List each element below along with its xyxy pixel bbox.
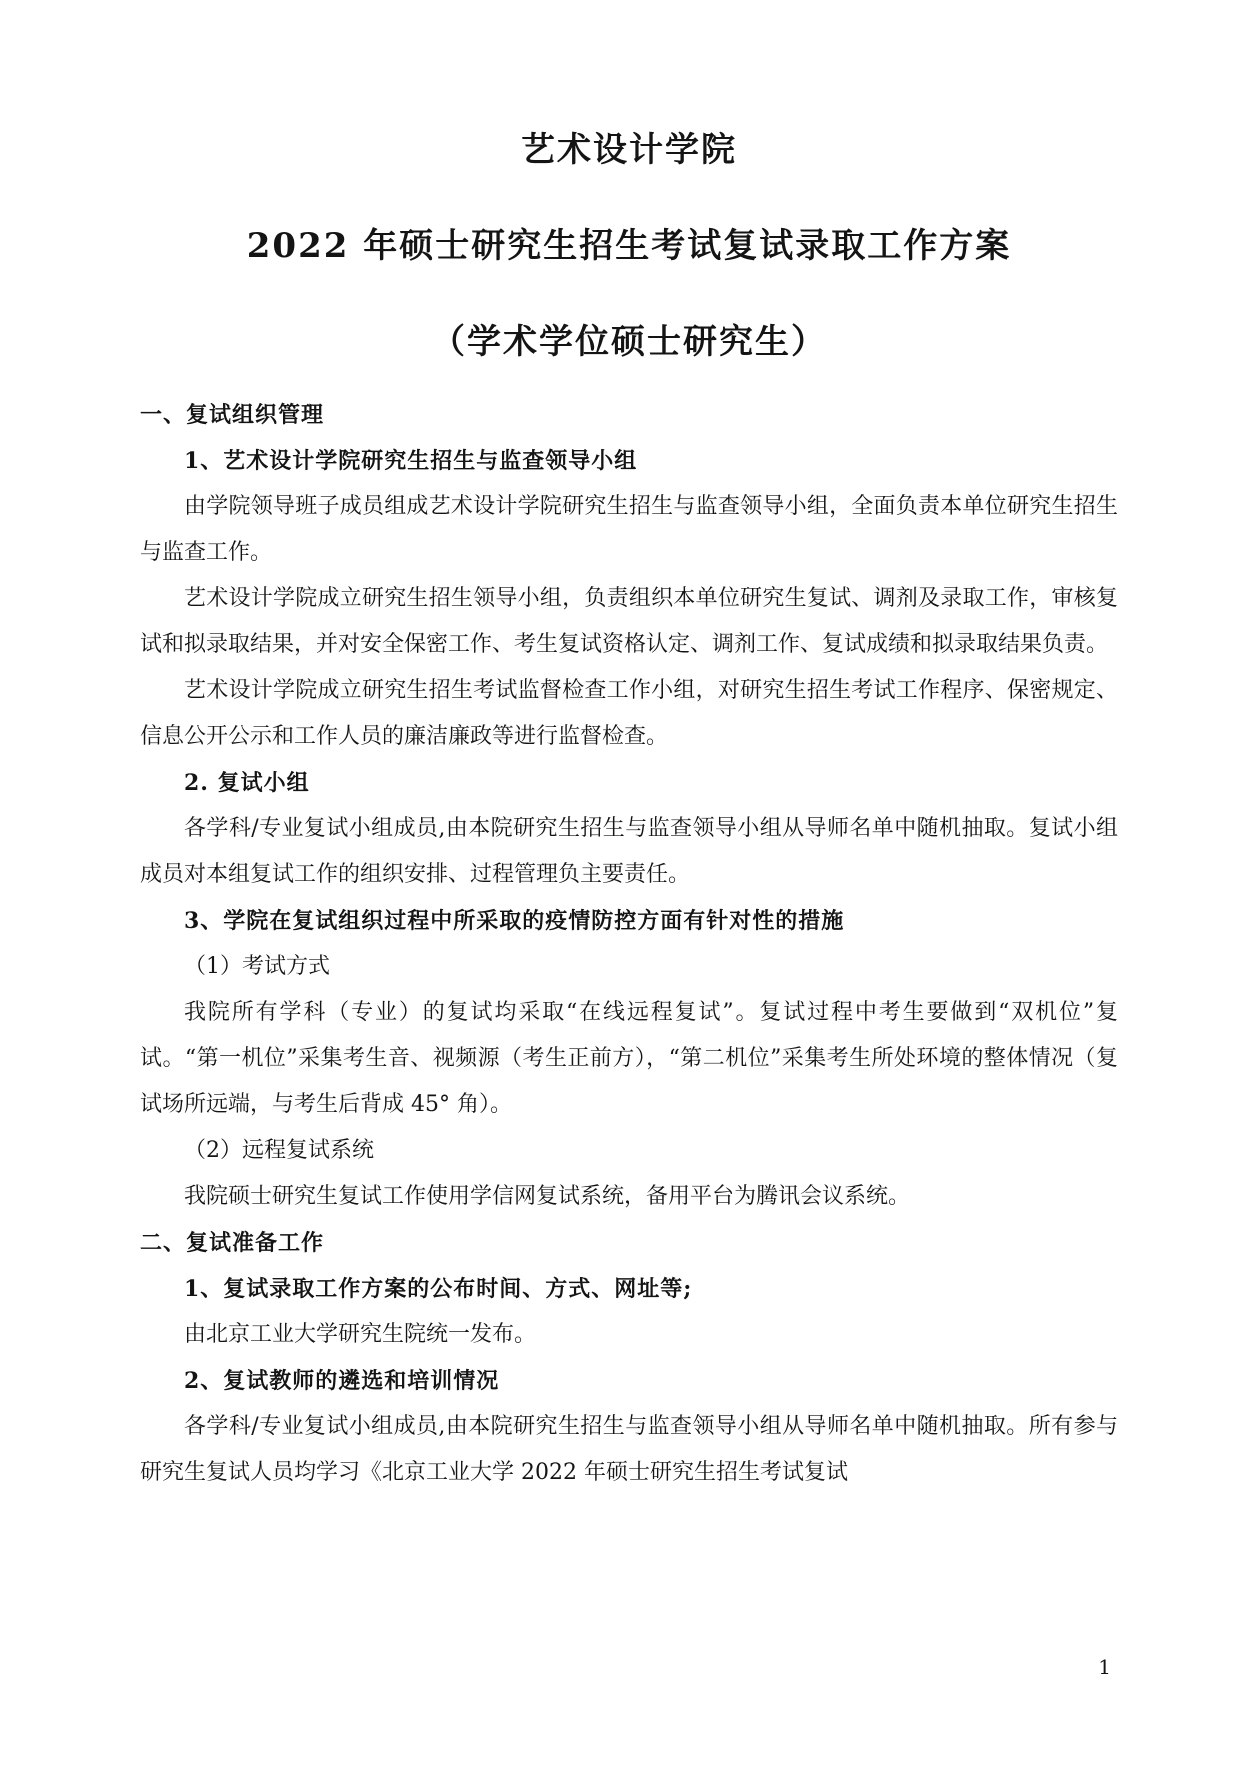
paragraph: 艺术设计学院成立研究生招生领导小组，负责组织本单位研究生复试、调剂及录取工作，审… <box>140 576 1118 668</box>
section-heading-1: 一、复试组织管理 <box>140 392 1118 438</box>
page-number: 1 <box>1098 1652 1111 1682</box>
document-title-block: 艺术设计学院 2022 年硕士研究生招生考试复试录取工作方案 （学术学位硕士研究… <box>140 102 1118 390</box>
subheading-1-3: 3、学院在复试组织过程中所采取的疫情防控方面有针对性的措施 <box>140 898 1118 944</box>
paragraph: 由学院领导班子成员组成艺术设计学院研究生招生与监查领导小组，全面负责本单位研究生… <box>140 484 1118 576</box>
section-heading-2: 二、复试准备工作 <box>140 1220 1118 1266</box>
sub-item-exam-method: （1）考试方式 <box>140 944 1118 990</box>
subheading-2-2: 2、复试教师的遴选和培训情况 <box>140 1358 1118 1404</box>
doc-title-line-3: （学术学位硕士研究生） <box>140 294 1118 390</box>
paragraph: 由北京工业大学研究生院统一发布。 <box>140 1312 1118 1358</box>
doc-title-line-1: 艺术设计学院 <box>140 102 1118 198</box>
doc-title-line-2: 2022 年硕士研究生招生考试复试录取工作方案 <box>140 198 1118 294</box>
paragraph: 我院硕士研究生复试工作使用学信网复试系统，备用平台为腾讯会议系统。 <box>140 1174 1118 1220</box>
sub-item-remote-system: （2）远程复试系统 <box>140 1128 1118 1174</box>
document-page: 艺术设计学院 2022 年硕士研究生招生考试复试录取工作方案 （学术学位硕士研究… <box>0 0 1256 1777</box>
paragraph: 艺术设计学院成立研究生招生考试监督检查工作小组，对研究生招生考试工作程序、保密规… <box>140 668 1118 760</box>
subheading-1-2: 2. 复试小组 <box>140 760 1118 806</box>
paragraph: 我院所有学科（专业）的复试均采取“在线远程复试”。复试过程中考生要做到“双机位”… <box>140 990 1118 1128</box>
paragraph: 各学科/专业复试小组成员,由本院研究生招生与监查领导小组从导师名单中随机抽取。复… <box>140 806 1118 898</box>
document-body: 一、复试组织管理 1、艺术设计学院研究生招生与监查领导小组 由学院领导班子成员组… <box>140 392 1118 1496</box>
subheading-2-1: 1、复试录取工作方案的公布时间、方式、网址等; <box>140 1266 1118 1312</box>
paragraph: 各学科/专业复试小组成员,由本院研究生招生与监查领导小组从导师名单中随机抽取。所… <box>140 1404 1118 1496</box>
subheading-1-1: 1、艺术设计学院研究生招生与监查领导小组 <box>140 438 1118 484</box>
